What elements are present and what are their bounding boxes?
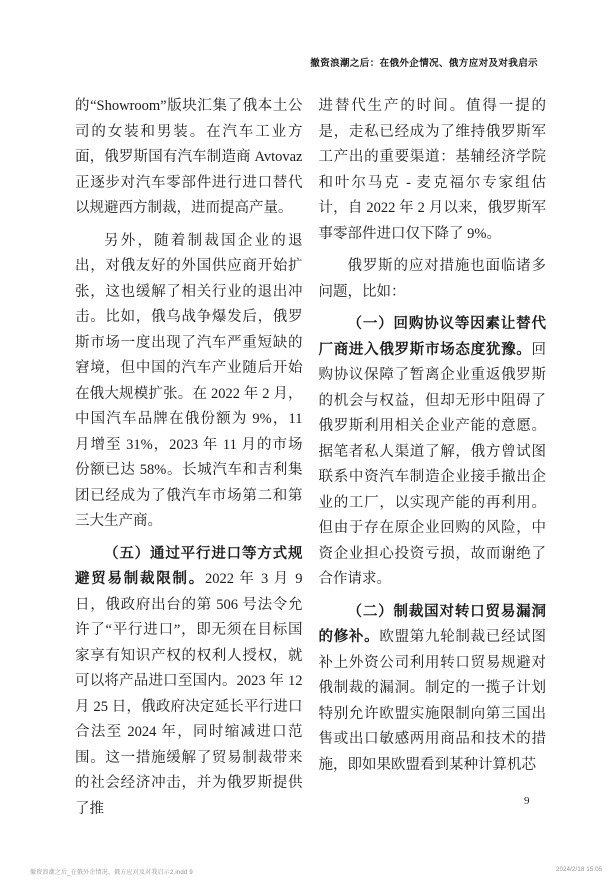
text-columns: 的“Showroom”版块汇集了俄本土公司的女装和男装。在汽车工业方面，俄罗斯国… (75, 94, 546, 829)
paragraph-continuation: 进替代生产的时间。值得一提的是，走私已经成为了维持俄罗斯军工产出的重要渠道：基辅… (319, 94, 547, 247)
column-left: 的“Showroom”版块汇集了俄本土公司的女装和男装。在汽车工业方面，俄罗斯国… (75, 94, 303, 829)
running-head: 撤资浪潮之后：在俄外企情况、俄方应对及对我启示 (310, 55, 538, 69)
section-body-text: 回购协议保障了暂离企业重返俄罗斯的机会与权益，但却无形中阻碍了俄罗斯利用相关企业… (319, 342, 547, 588)
footer-filename: 撤资浪潮之后_在俄外企情况、俄方应对及对我启示2.indd 9 (30, 867, 193, 876)
section-body-text: 2022 年 3 月 9 日，俄政府出台的第 506 号法令允许了“平行进口”，… (75, 571, 303, 817)
paragraph: 另外，随着制裁国企业的退出，对俄友好的外国供应商开始扩张，这也缓解了相关行业的退… (75, 229, 303, 535)
column-right: 进替代生产的时间。值得一提的是，走私已经成为了维持俄罗斯军工产出的重要渠道：基辅… (319, 94, 547, 829)
page-number: 9 (524, 795, 530, 807)
paragraph: 俄罗斯的应对措施也面临诸多问题，比如： (319, 254, 547, 305)
paragraph-section-1: （一）回购协议等因素让替代厂商进入俄罗斯市场态度犹豫。回购协议保障了暂离企业重返… (319, 312, 547, 593)
paragraph-continuation: 的“Showroom”版块汇集了俄本土公司的女装和男装。在汽车工业方面，俄罗斯国… (75, 94, 303, 222)
paragraph-section-5: （五）通过平行进口等方式规避贸易制裁限制。2022 年 3 月 9 日，俄政府出… (75, 542, 303, 823)
section-heading-lead: （一）回购协议等因素让替代厂商进入俄罗斯市场态度犹豫。 (319, 316, 547, 358)
section-body-text: 欧盟第九轮制裁已经试图补上外资公司利用转口贸易规避对俄制裁的漏洞。制定的一揽子计… (319, 629, 547, 773)
paragraph-section-2: （二）制裁国对转口贸易漏洞的修补。欧盟第九轮制裁已经试图补上外资公司利用转口贸易… (319, 600, 547, 779)
document-page: { "page": { "header": "撤资浪潮之后：在俄外企情况、俄方应… (0, 0, 612, 884)
footer-timestamp: 2024/2/18 15:05 (556, 867, 602, 873)
